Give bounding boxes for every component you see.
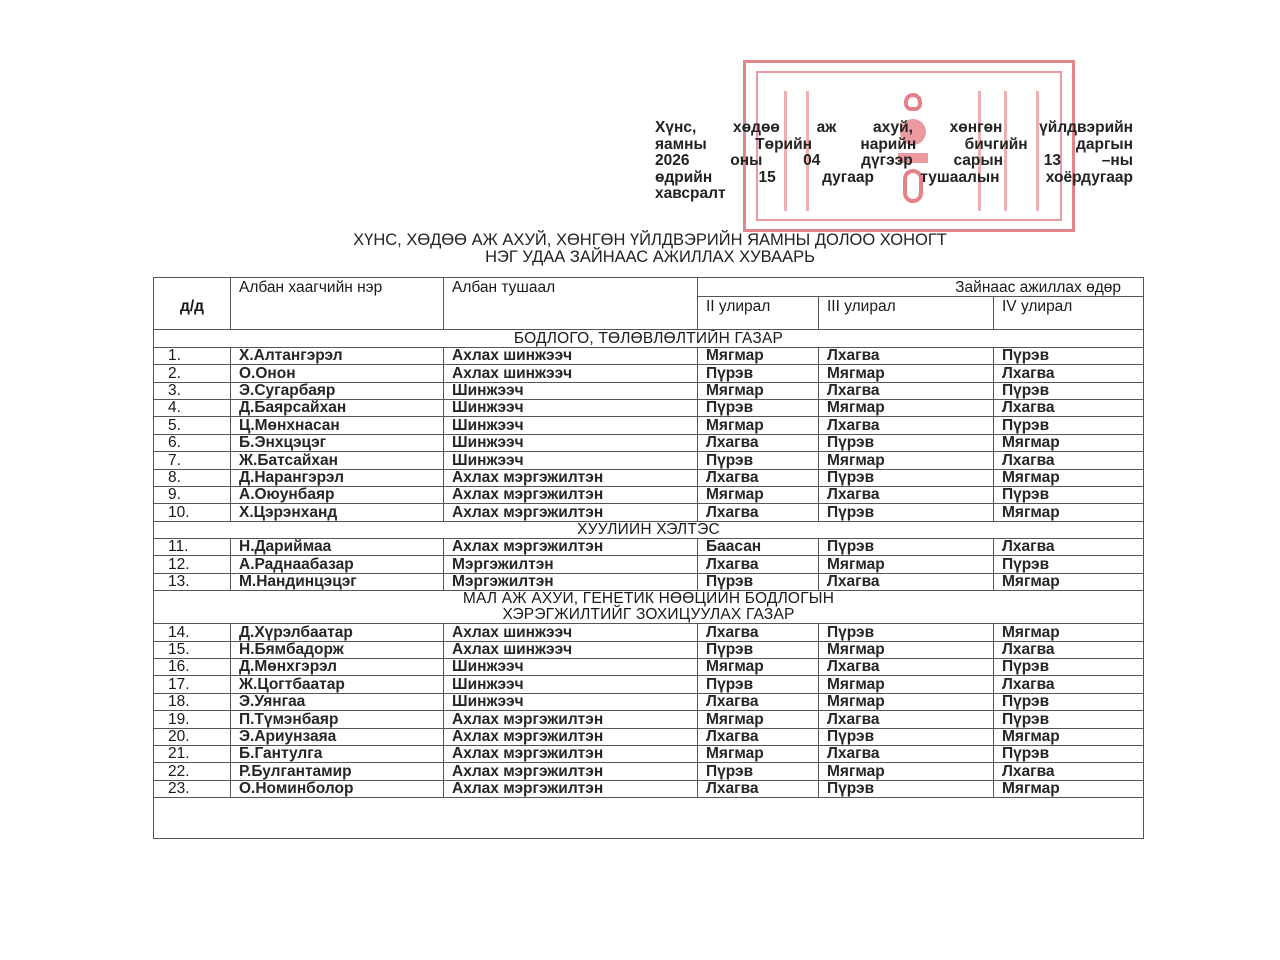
row-number: 5. bbox=[154, 417, 231, 434]
employee-position: Ахлах мэргэжилтэн bbox=[444, 469, 698, 486]
table-row: 7.Ж.БатсайханШинжээчПүрэвМягмарЛхагва bbox=[154, 452, 1144, 469]
table-row: 23.О.НоминболорАхлах мэргэжилтэнЛхагваПү… bbox=[154, 780, 1144, 797]
q4-remote-day: Мягмар bbox=[994, 573, 1144, 590]
appendix-line: Хүнс, хөдөө аж ахуй, хөнгөн үйлдвэрийн bbox=[655, 120, 1133, 137]
employee-name: О.Номинболор bbox=[231, 780, 444, 797]
header-q2: II улирал bbox=[698, 297, 819, 330]
appendix-note: Хүнс, хөдөө аж ахуй, хөнгөн үйлдвэрийн я… bbox=[655, 120, 1133, 203]
header-num: д/д bbox=[154, 278, 231, 330]
q4-remote-day: Пүрэв bbox=[994, 486, 1144, 503]
table-row: 10.Х.ЦэрэнхандАхлах мэргэжилтэнЛхагваПүр… bbox=[154, 504, 1144, 521]
table-row: 2.О.ОнонАхлах шинжээчПүрэвМягмарЛхагва bbox=[154, 365, 1144, 382]
employee-name: Р.Булгантамир bbox=[231, 763, 444, 780]
table-row: 21.Б.ГантулгаАхлах мэргэжилтэнМягмарЛхаг… bbox=[154, 745, 1144, 762]
table-row: 6.Б.ЭнхцэцэгШинжээчЛхагваПүрэвМягмар bbox=[154, 434, 1144, 451]
q2-remote-day: Лхагва bbox=[698, 624, 819, 641]
q2-remote-day: Лхагва bbox=[698, 504, 819, 521]
q4-remote-day: Пүрэв bbox=[994, 745, 1144, 762]
q2-remote-day: Мягмар bbox=[698, 745, 819, 762]
employee-name: А.Оюунбаяр bbox=[231, 486, 444, 503]
row-number: 16. bbox=[154, 659, 231, 676]
q4-remote-day: Пүрэв bbox=[994, 347, 1144, 364]
employee-name: Н.Дариймаа bbox=[231, 539, 444, 556]
q4-remote-day: Пүрэв bbox=[994, 711, 1144, 728]
employee-position: Ахлах мэргэжилтэн bbox=[444, 728, 698, 745]
section-row: БОДЛОГО, ТӨЛӨВЛӨЛТИЙН ГАЗАР bbox=[154, 330, 1144, 347]
q3-remote-day: Пүрэв bbox=[819, 469, 994, 486]
employee-name: Ж.Цогтбаатар bbox=[231, 676, 444, 693]
q3-remote-day: Пүрэв bbox=[819, 780, 994, 797]
employee-position: Шинжээч bbox=[444, 399, 698, 416]
employee-position: Ахлах мэргэжилтэн bbox=[444, 539, 698, 556]
appendix-line: өдрийн 15 дугаар тушаалын хоёрдугаар bbox=[655, 170, 1133, 187]
q4-remote-day: Пүрэв bbox=[994, 659, 1144, 676]
q4-remote-day: Мягмар bbox=[994, 624, 1144, 641]
employee-name: Д.Нарангэрэл bbox=[231, 469, 444, 486]
row-number: 1. bbox=[154, 347, 231, 364]
q3-remote-day: Лхагва bbox=[819, 745, 994, 762]
employee-name: Д.Мөнхгэрэл bbox=[231, 659, 444, 676]
row-number: 17. bbox=[154, 676, 231, 693]
employee-position: Шинжээч bbox=[444, 693, 698, 710]
employee-name: Д.Хүрэлбаатар bbox=[231, 624, 444, 641]
q3-remote-day: Лхагва bbox=[819, 382, 994, 399]
row-number: 2. bbox=[154, 365, 231, 382]
title-line-2: НЭГ УДАА ЗАЙНААС АЖИЛЛАХ ХУВААРЬ bbox=[150, 249, 1150, 266]
table-row: 19.П.ТүмэнбаярАхлах мэргэжилтэнМягмарЛха… bbox=[154, 711, 1144, 728]
header-name: Албан хаагчийн нэр bbox=[231, 278, 444, 330]
employee-position: Ахлах шинжээч bbox=[444, 641, 698, 658]
q2-remote-day: Баасан bbox=[698, 539, 819, 556]
table-row: 18.Э.УянгааШинжээчЛхагваМягмарПүрэв bbox=[154, 693, 1144, 710]
q3-remote-day: Лхагва bbox=[819, 711, 994, 728]
appendix-line: 2026 оны 04 дүгээр сарын 13 –ны bbox=[655, 153, 1133, 170]
table-row: 20.Э.АриунзаяаАхлах мэргэжилтэнЛхагваПүр… bbox=[154, 728, 1144, 745]
row-number: 15. bbox=[154, 641, 231, 658]
employee-name: О.Онон bbox=[231, 365, 444, 382]
row-number: 20. bbox=[154, 728, 231, 745]
employee-name: М.Нандинцэцэг bbox=[231, 573, 444, 590]
q3-remote-day: Мягмар bbox=[819, 641, 994, 658]
section-title: ХУУЛИЙН ХЭЛТЭС bbox=[154, 521, 1144, 538]
q4-remote-day: Лхагва bbox=[994, 763, 1144, 780]
q2-remote-day: Мягмар bbox=[698, 486, 819, 503]
employee-position: Шинжээч bbox=[444, 417, 698, 434]
q4-remote-day: Лхагва bbox=[994, 452, 1144, 469]
header-row: д/д Албан хаагчийн нэр Албан тушаал Зайн… bbox=[154, 278, 1144, 297]
row-number: 8. bbox=[154, 469, 231, 486]
employee-position: Шинжээч bbox=[444, 382, 698, 399]
employee-position: Шинжээч bbox=[444, 659, 698, 676]
employee-position: Ахлах мэргэжилтэн bbox=[444, 486, 698, 503]
q2-remote-day: Лхагва bbox=[698, 780, 819, 797]
employee-name: Б.Гантулга bbox=[231, 745, 444, 762]
q2-remote-day: Лхагва bbox=[698, 469, 819, 486]
q2-remote-day: Пүрэв bbox=[698, 641, 819, 658]
empty-cell bbox=[154, 798, 1144, 839]
q3-remote-day: Мягмар bbox=[819, 676, 994, 693]
employee-name: Х.Цэрэнханд bbox=[231, 504, 444, 521]
q2-remote-day: Лхагва bbox=[698, 693, 819, 710]
section-row: ХУУЛИЙН ХЭЛТЭС bbox=[154, 521, 1144, 538]
q2-remote-day: Мягмар bbox=[698, 417, 819, 434]
table-row: 15.Н.БямбадоржАхлах шинжээчПүрэвМягмарЛх… bbox=[154, 641, 1144, 658]
table-row: 16.Д.МөнхгэрэлШинжээчМягмарЛхагваПүрэв bbox=[154, 659, 1144, 676]
table-row: 22.Р.БулгантамирАхлах мэргэжилтэнПүрэвМя… bbox=[154, 763, 1144, 780]
q4-remote-day: Мягмар bbox=[994, 728, 1144, 745]
employee-name: Б.Энхцэцэг bbox=[231, 434, 444, 451]
q2-remote-day: Мягмар bbox=[698, 711, 819, 728]
employee-position: Ахлах мэргэжилтэн bbox=[444, 745, 698, 762]
employee-position: Ахлах мэргэжилтэн bbox=[444, 763, 698, 780]
employee-position: Ахлах мэргэжилтэн bbox=[444, 780, 698, 797]
q4-remote-day: Пүрэв bbox=[994, 382, 1144, 399]
q2-remote-day: Пүрэв bbox=[698, 573, 819, 590]
q2-remote-day: Мягмар bbox=[698, 347, 819, 364]
section-title-line: ХЭРЭГЖИЛТИЙГ ЗОХИЦУУЛАХ ГАЗАР bbox=[162, 607, 1135, 623]
q3-remote-day: Лхагва bbox=[819, 347, 994, 364]
row-number: 23. bbox=[154, 780, 231, 797]
q2-remote-day: Мягмар bbox=[698, 659, 819, 676]
q4-remote-day: Лхагва bbox=[994, 365, 1144, 382]
q3-remote-day: Пүрэв bbox=[819, 539, 994, 556]
section-title-line: МАЛ АЖ АХУЙ, ГЕНЕТИК НӨӨЦИЙН БОДЛОГЫН bbox=[162, 591, 1135, 607]
row-number: 22. bbox=[154, 763, 231, 780]
q3-remote-day: Мягмар bbox=[819, 693, 994, 710]
appendix-line: яамны Төрийн нарийн бичгийн даргын bbox=[655, 137, 1133, 154]
q3-remote-day: Лхагва bbox=[819, 573, 994, 590]
q2-remote-day: Пүрэв bbox=[698, 676, 819, 693]
q3-remote-day: Мягмар bbox=[819, 556, 994, 573]
q4-remote-day: Мягмар bbox=[994, 504, 1144, 521]
table-row: 3.Э.СугарбаярШинжээчМягмарЛхагваПүрэв bbox=[154, 382, 1144, 399]
row-number: 11. bbox=[154, 539, 231, 556]
row-number: 21. bbox=[154, 745, 231, 762]
table-row: 12.А.РаднаабазарМэргэжилтэнЛхагваМягмарП… bbox=[154, 556, 1144, 573]
employee-position: Ахлах шинжээч bbox=[444, 365, 698, 382]
employee-name: Х.Алтангэрэл bbox=[231, 347, 444, 364]
row-number: 19. bbox=[154, 711, 231, 728]
q3-remote-day: Лхагва bbox=[819, 486, 994, 503]
row-number: 18. bbox=[154, 693, 231, 710]
employee-position: Шинжээч bbox=[444, 676, 698, 693]
header-q4: IV улирал bbox=[994, 297, 1144, 330]
table-row: 9.А.ОюунбаярАхлах мэргэжилтэнМягмарЛхагв… bbox=[154, 486, 1144, 503]
q4-remote-day: Пүрэв bbox=[994, 417, 1144, 434]
q4-remote-day: Пүрэв bbox=[994, 693, 1144, 710]
q2-remote-day: Мягмар bbox=[698, 382, 819, 399]
section-title: МАЛ АЖ АХУЙ, ГЕНЕТИК НӨӨЦИЙН БОДЛОГЫНХЭР… bbox=[154, 591, 1144, 624]
employee-position: Шинжээч bbox=[444, 434, 698, 451]
table-row: 5.Ц.МөнхнасанШинжээчМягмарЛхагваПүрэв bbox=[154, 417, 1144, 434]
q3-remote-day: Лхагва bbox=[819, 659, 994, 676]
q3-remote-day: Мягмар bbox=[819, 365, 994, 382]
table-row: 8.Д.НарангэрэлАхлах мэргэжилтэнЛхагваПүр… bbox=[154, 469, 1144, 486]
q4-remote-day: Мягмар bbox=[994, 469, 1144, 486]
q3-remote-day: Пүрэв bbox=[819, 434, 994, 451]
q4-remote-day: Лхагва bbox=[994, 399, 1144, 416]
schedule-table: д/д Албан хаагчийн нэр Албан тушаал Зайн… bbox=[153, 277, 1144, 839]
employee-position: Ахлах шинжээч bbox=[444, 347, 698, 364]
employee-name: А.Раднаабазар bbox=[231, 556, 444, 573]
table-row: 17.Ж.ЦогтбаатарШинжээчПүрэвМягмарЛхагва bbox=[154, 676, 1144, 693]
employee-name: Э.Уянгаа bbox=[231, 693, 444, 710]
appendix-line: хавсралт bbox=[655, 186, 1133, 203]
row-number: 7. bbox=[154, 452, 231, 469]
header-q3: III улирал bbox=[819, 297, 994, 330]
row-number: 13. bbox=[154, 573, 231, 590]
employee-name: Н.Бямбадорж bbox=[231, 641, 444, 658]
header-remote-day: Зайнаас ажиллах өдөр bbox=[698, 278, 1144, 297]
q2-remote-day: Лхагва bbox=[698, 556, 819, 573]
q2-remote-day: Пүрэв bbox=[698, 763, 819, 780]
q3-remote-day: Мягмар bbox=[819, 763, 994, 780]
q2-remote-day: Пүрэв bbox=[698, 452, 819, 469]
employee-position: Ахлах шинжээч bbox=[444, 624, 698, 641]
title-line-1: ХҮНС, ХӨДӨӨ АЖ АХУЙ, ХӨНГӨН ҮЙЛДВЭРИЙН Я… bbox=[150, 232, 1150, 249]
q4-remote-day: Лхагва bbox=[994, 641, 1144, 658]
employee-name: Ц.Мөнхнасан bbox=[231, 417, 444, 434]
employee-name: Ж.Батсайхан bbox=[231, 452, 444, 469]
q4-remote-day: Мягмар bbox=[994, 780, 1144, 797]
q4-remote-day: Лхагва bbox=[994, 676, 1144, 693]
row-number: 6. bbox=[154, 434, 231, 451]
q3-remote-day: Пүрэв bbox=[819, 504, 994, 521]
section-title: БОДЛОГО, ТӨЛӨВЛӨЛТИЙН ГАЗАР bbox=[154, 330, 1144, 347]
employee-position: Шинжээч bbox=[444, 452, 698, 469]
row-number: 3. bbox=[154, 382, 231, 399]
employee-position: Мэргэжилтэн bbox=[444, 556, 698, 573]
q2-remote-day: Лхагва bbox=[698, 434, 819, 451]
q4-remote-day: Мягмар bbox=[994, 434, 1144, 451]
row-number: 12. bbox=[154, 556, 231, 573]
employee-name: Э.Ариунзаяа bbox=[231, 728, 444, 745]
q2-remote-day: Лхагва bbox=[698, 728, 819, 745]
row-number: 10. bbox=[154, 504, 231, 521]
employee-position: Ахлах мэргэжилтэн bbox=[444, 504, 698, 521]
employee-name: П.Түмэнбаяр bbox=[231, 711, 444, 728]
q2-remote-day: Пүрэв bbox=[698, 365, 819, 382]
table-row: 4.Д.БаярсайханШинжээчПүрэвМягмарЛхагва bbox=[154, 399, 1144, 416]
q3-remote-day: Мягмар bbox=[819, 452, 994, 469]
table-row: 11.Н.ДариймааАхлах мэргэжилтэнБаасанПүрэ… bbox=[154, 539, 1144, 556]
employee-name: Д.Баярсайхан bbox=[231, 399, 444, 416]
employee-position: Мэргэжилтэн bbox=[444, 573, 698, 590]
q3-remote-day: Пүрэв bbox=[819, 728, 994, 745]
q3-remote-day: Лхагва bbox=[819, 417, 994, 434]
section-row: МАЛ АЖ АХУЙ, ГЕНЕТИК НӨӨЦИЙН БОДЛОГЫНХЭР… bbox=[154, 591, 1144, 624]
empty-row bbox=[154, 798, 1144, 839]
header-position: Албан тушаал bbox=[444, 278, 698, 330]
table-row: 1.Х.АлтангэрэлАхлах шинжээчМягмарЛхагваП… bbox=[154, 347, 1144, 364]
q3-remote-day: Мягмар bbox=[819, 399, 994, 416]
row-number: 9. bbox=[154, 486, 231, 503]
table-row: 13.М.НандинцэцэгМэргэжилтэнПүрэвЛхагваМя… bbox=[154, 573, 1144, 590]
q3-remote-day: Пүрэв bbox=[819, 624, 994, 641]
employee-name: Э.Сугарбаяр bbox=[231, 382, 444, 399]
row-number: 4. bbox=[154, 399, 231, 416]
q2-remote-day: Пүрэв bbox=[698, 399, 819, 416]
q4-remote-day: Пүрэв bbox=[994, 556, 1144, 573]
q4-remote-day: Лхагва bbox=[994, 539, 1144, 556]
table-row: 14.Д.ХүрэлбаатарАхлах шинжээчЛхагваПүрэв… bbox=[154, 624, 1144, 641]
employee-position: Ахлах мэргэжилтэн bbox=[444, 711, 698, 728]
row-number: 14. bbox=[154, 624, 231, 641]
document-title: ХҮНС, ХӨДӨӨ АЖ АХУЙ, ХӨНГӨН ҮЙЛДВЭРИЙН Я… bbox=[150, 232, 1150, 266]
